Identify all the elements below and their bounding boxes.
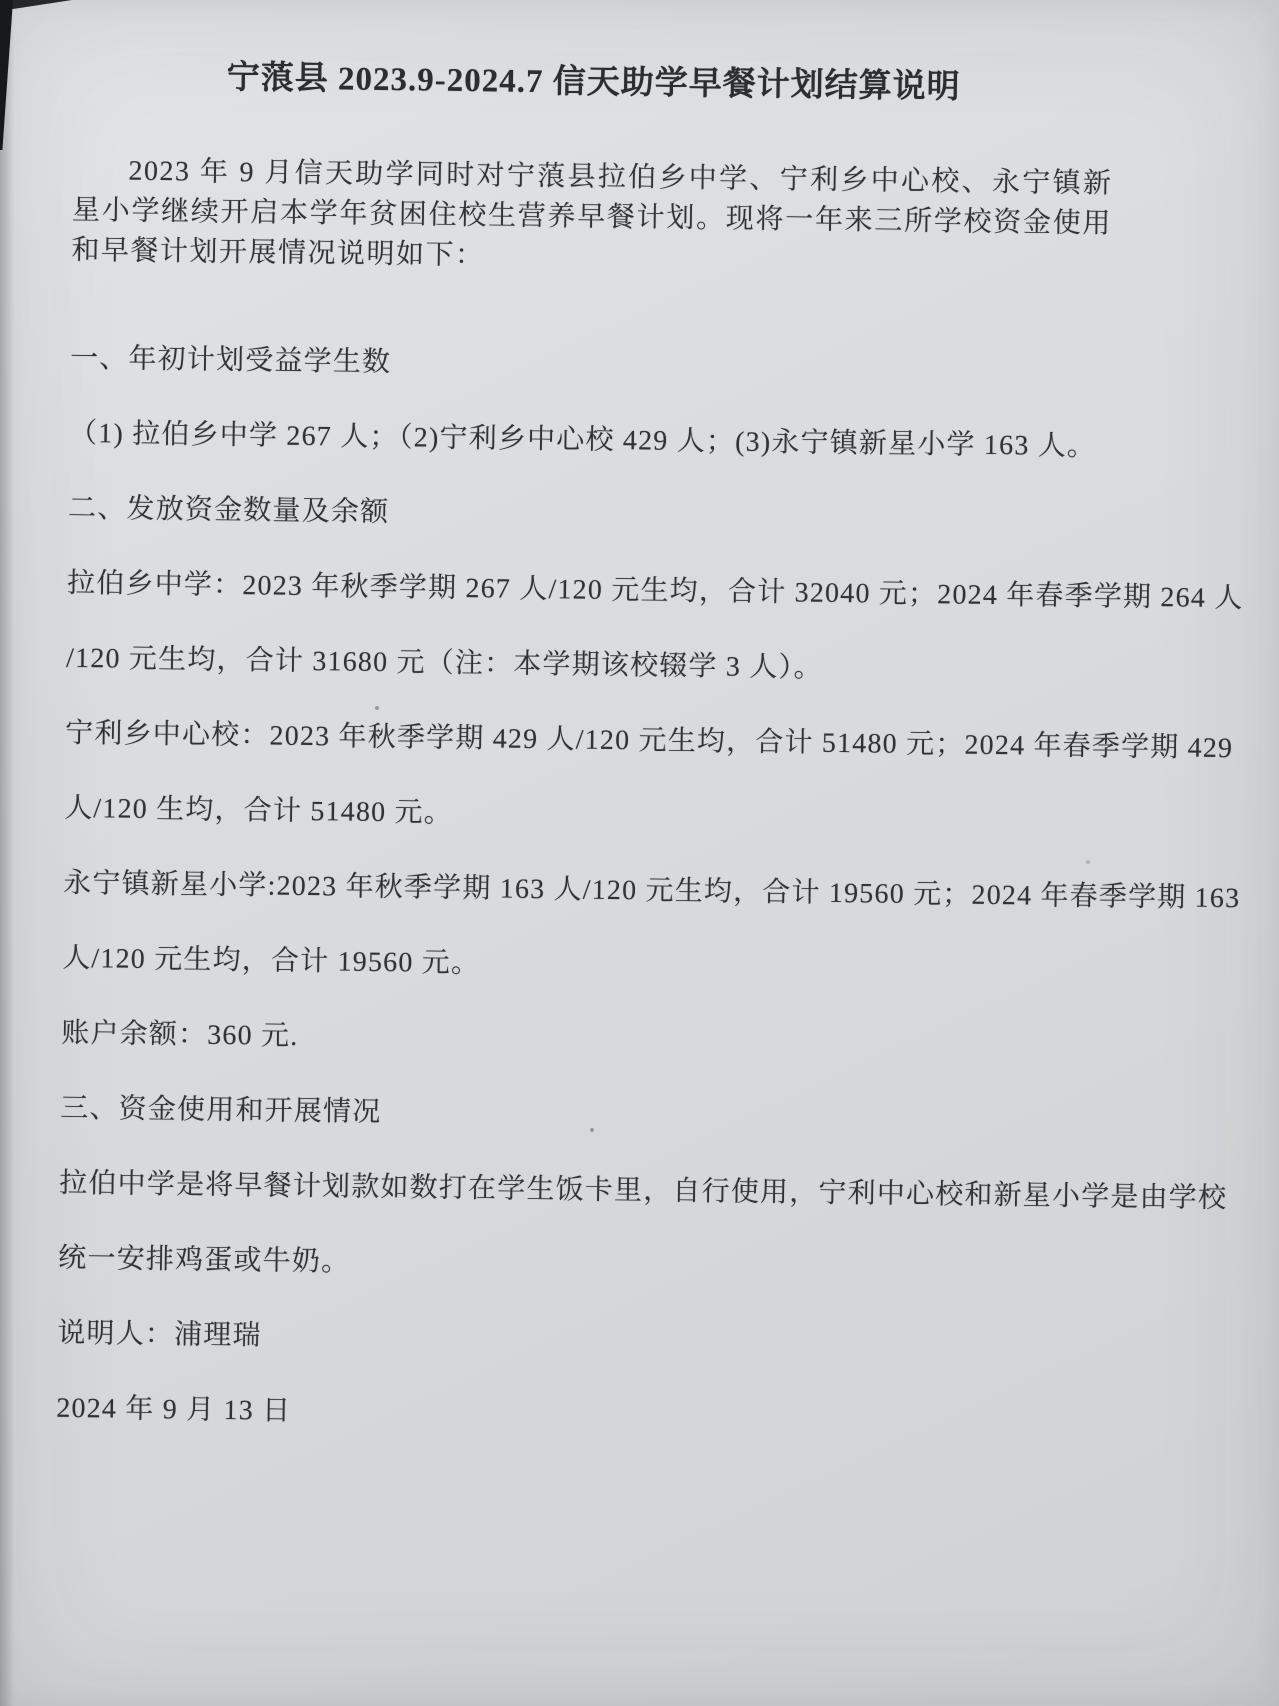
declarant-line: 说明人：浦理瑞 — [57, 1316, 1098, 1405]
document-title: 宁蒗县 2023.9-2024.7 信天助学早餐计划结算说明 — [74, 56, 1114, 110]
ningli-school-funds-line-2: 人/120 生均，合计 51480 元。 — [63, 791, 1104, 880]
photo-edge-dark-corner — [0, 0, 72, 11]
section-heading-1: 一、年初计划受益学生数 — [69, 341, 1110, 430]
yongning-school-funds-line-2: 人/120 元生均，合计 19560 元。 — [61, 941, 1102, 1030]
ningli-school-funds-line-1: 宁利乡中心校：2023 年秋季学期 429 人/120 元生均，合计 51480… — [64, 716, 1105, 805]
intro-paragraph: 2023 年 9 月信天助学同时对宁蒗县拉伯乡中学、宁利乡中心校、永宁镇新星小学… — [71, 151, 1112, 285]
usage-description-line-1: 拉伯中学是将早餐计划款如数打在学生饭卡里，自行使用，宁利中心校和新星小学是由学校 — [59, 1166, 1100, 1255]
labo-school-funds-line-2: /120 元生均，合计 31680 元（注：本学期该校辍学 3 人）。 — [65, 641, 1106, 730]
paper-edge-shadow — [0, 0, 16, 1706]
yongning-school-funds-line-1: 永宁镇新星小学:2023 年秋季学期 163 人/120 元生均，合计 1956… — [62, 866, 1103, 955]
section-heading-3: 三、资金使用和开展情况 — [59, 1091, 1100, 1180]
account-balance-line: 账户余额：360 元. — [60, 1016, 1101, 1105]
labo-school-funds-line-1: 拉伯乡中学：2023 年秋季学期 267 人/120 元生均，合计 32040 … — [66, 566, 1107, 655]
document-content: 宁蒗县 2023.9-2024.7 信天助学早餐计划结算说明 2023 年 9 … — [56, 56, 1114, 1479]
date-line: 2024 年 9 月 13 日 — [56, 1391, 1097, 1480]
document-photo: 宁蒗县 2023.9-2024.7 信天助学早餐计划结算说明 2023 年 9 … — [0, 0, 1279, 1706]
student-counts-line: （1) 拉伯乡中学 267 人；（2)宁利乡中心校 429 人；(3)永宁镇新星… — [68, 416, 1109, 505]
usage-description-line-2: 统一安排鸡蛋或牛奶。 — [58, 1241, 1099, 1330]
section-heading-2: 二、发放资金数量及余额 — [67, 491, 1108, 580]
document-body: 一、年初计划受益学生数 （1) 拉伯乡中学 267 人；（2)宁利乡中心校 42… — [56, 341, 1111, 1480]
